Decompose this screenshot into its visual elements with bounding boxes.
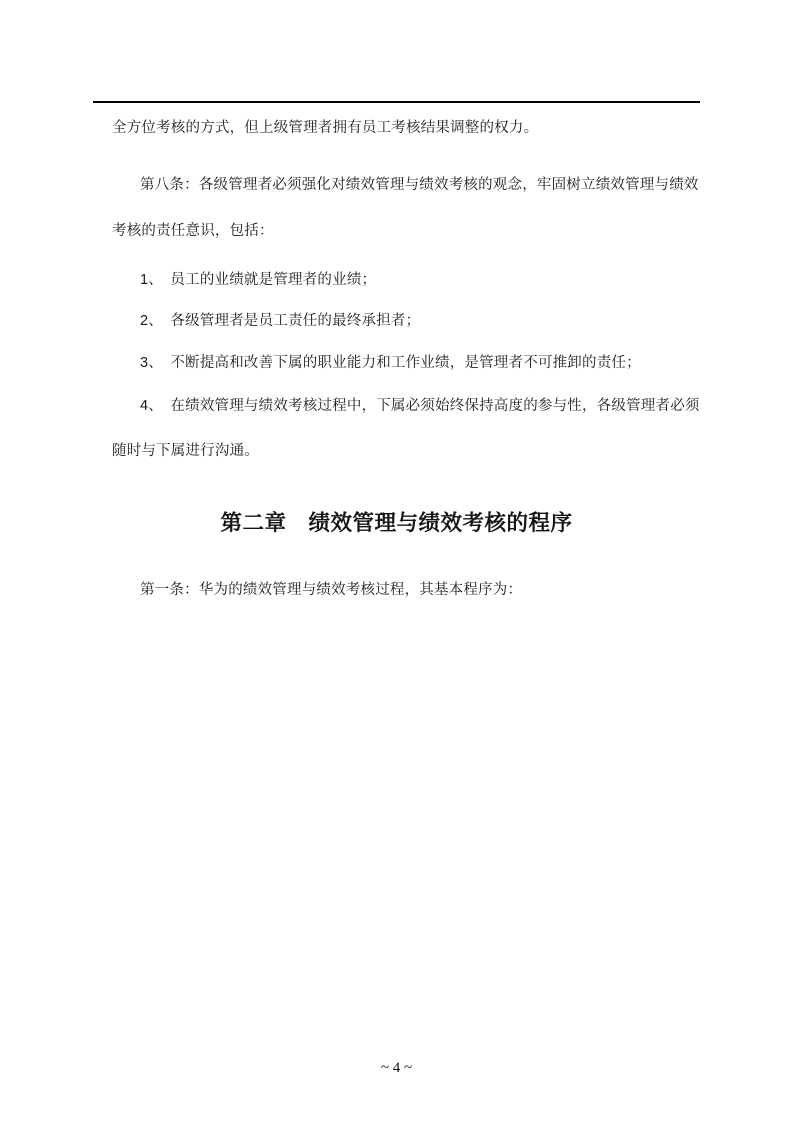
paragraph-line: 随时与下属进行沟通。: [112, 444, 259, 459]
header-divider-line: [93, 101, 700, 103]
paragraph-line: 考核的责任意识，包括：: [112, 224, 274, 239]
section-first-clause-line: 第一条：华为的绩效管理与绩效考核过程，其基本程序为：: [140, 583, 522, 598]
page-number: ~ 4 ~: [0, 1060, 793, 1077]
document-page: 全方位考核的方式，但上级管理者拥有员工考核结果调整的权力。 第八条：各级管理者必…: [0, 0, 793, 1122]
list-item-line: 4、 在绩效管理与绩效考核过程中，下属必须始终保持高度的参与性，各级管理者必须: [140, 399, 700, 414]
paragraph-line: 全方位考核的方式，但上级管理者拥有员工考核结果调整的权力。: [112, 121, 538, 136]
paragraph-line: 第八条：各级管理者必须强化对绩效管理与绩效考核的观念，牢固树立绩效管理与绩效: [140, 178, 699, 193]
list-item-line: 1、 员工的业绩就是管理者的业绩；: [140, 273, 376, 288]
list-item-line: 3、 不断提高和改善下属的职业能力和工作业绩，是管理者不可推卸的责任；: [140, 356, 641, 371]
list-item-line: 2、 各级管理者是员工责任的最终承担者；: [140, 314, 420, 329]
chapter-heading: 第二章 绩效管理与绩效考核的程序: [93, 512, 700, 536]
